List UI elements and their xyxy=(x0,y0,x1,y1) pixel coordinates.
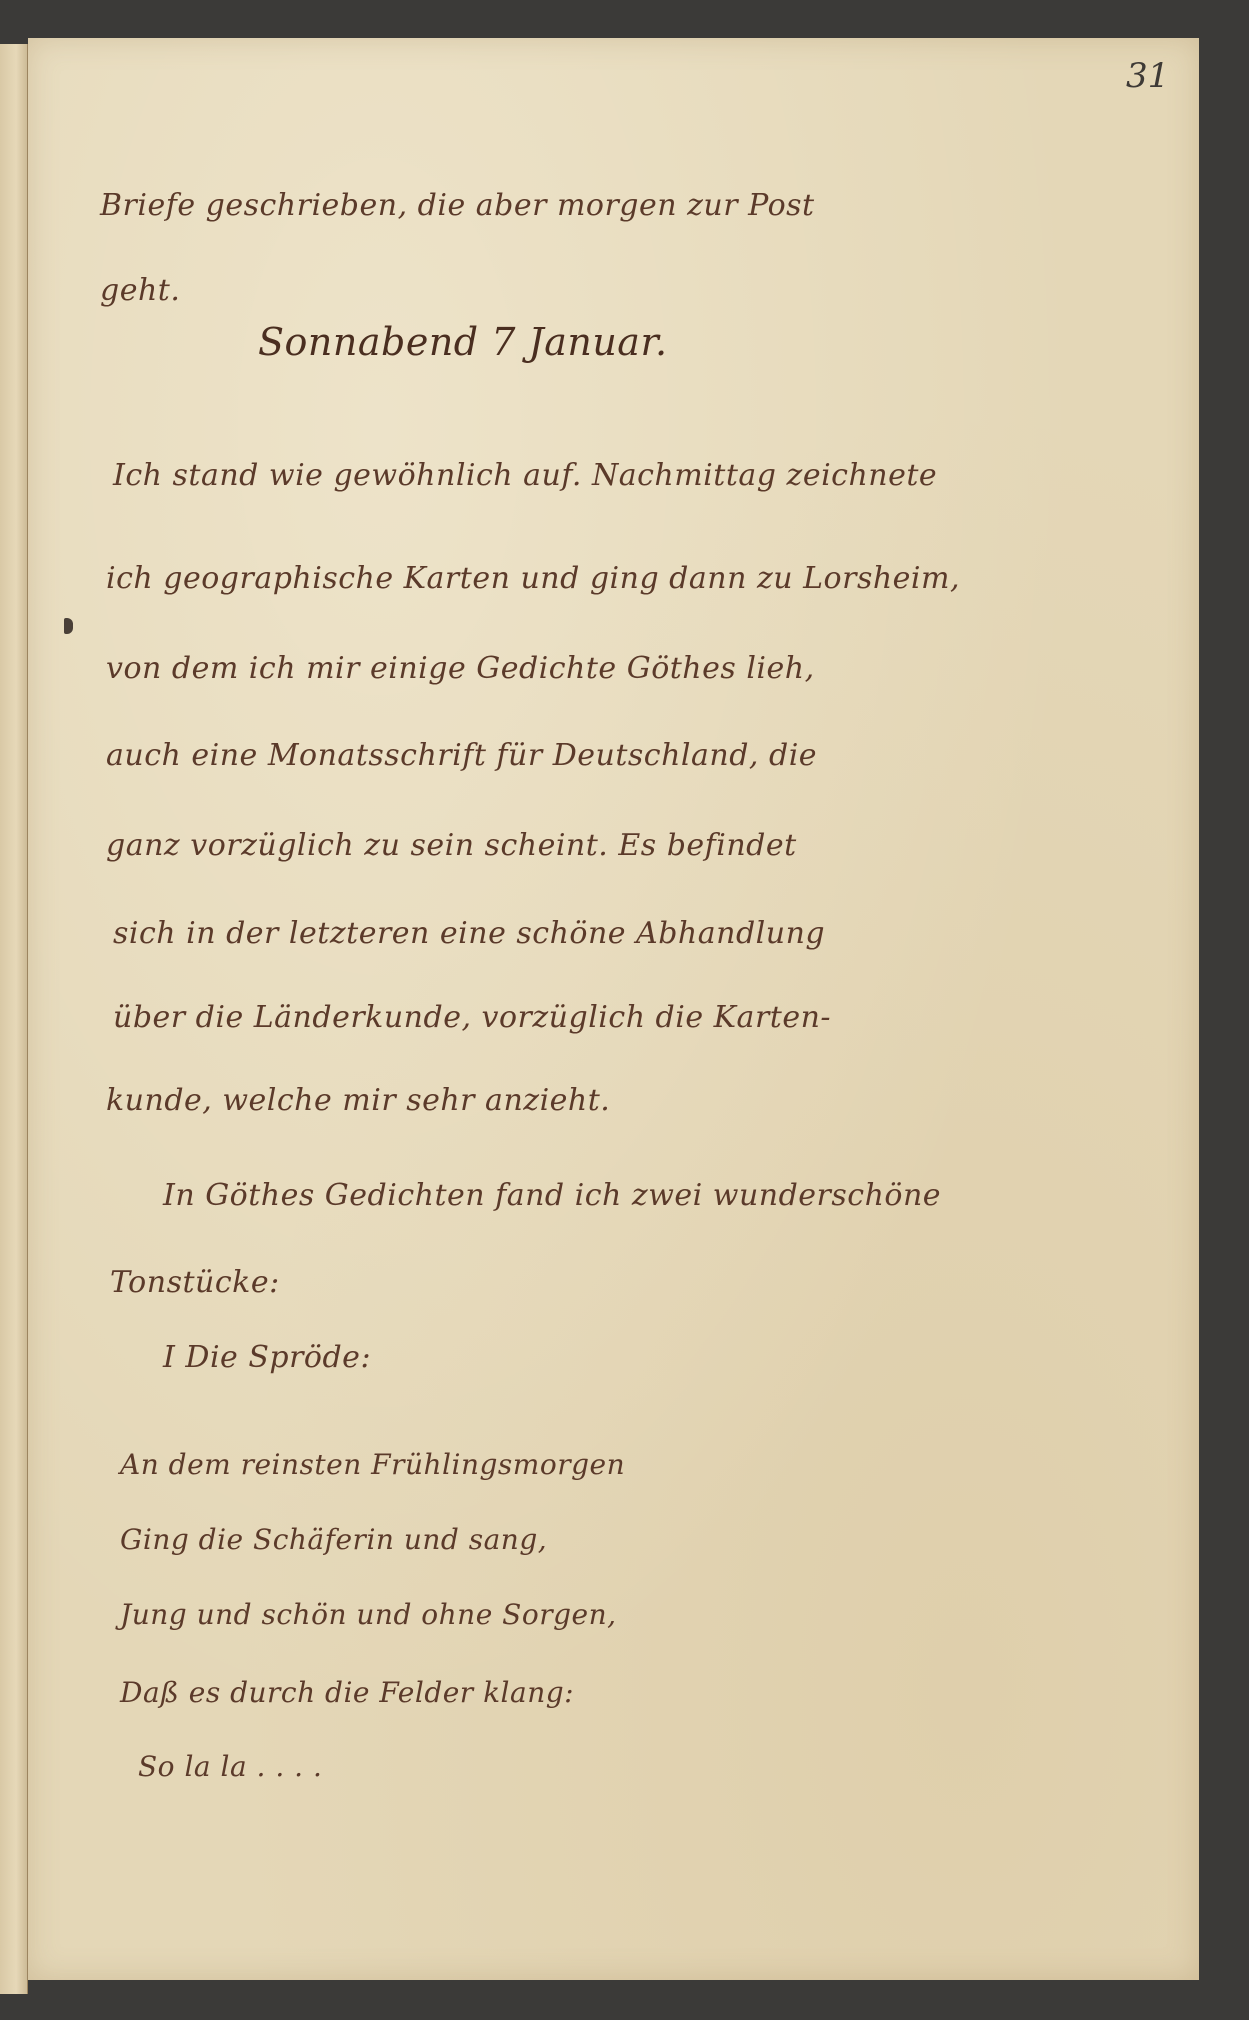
manuscript-page: 31 Briefe geschrieben, die aber morgen z… xyxy=(28,38,1199,1980)
page-number: 31 xyxy=(1126,56,1169,96)
text-line: Ich stand wie gewöhnlich auf. Nachmittag… xyxy=(113,458,937,493)
text-line: von dem ich mir einige Gedichte Göthes l… xyxy=(106,651,815,686)
poem-line: Jung und schön und ohne Sorgen, xyxy=(120,1598,617,1631)
previous-page-edge xyxy=(0,44,28,1994)
text-line: kunde, welche mir sehr anzieht. xyxy=(106,1083,610,1118)
date-heading: Sonnabend 7 Januar. xyxy=(258,320,668,364)
text-line: In Göthes Gedichten fand ich zwei wunder… xyxy=(163,1178,941,1213)
poem-heading: I Die Spröde: xyxy=(163,1340,371,1375)
text-line: ich geographische Karten und ging dann z… xyxy=(106,561,960,596)
text-line: geht. xyxy=(100,273,180,308)
poem-line: Daß es durch die Felder klang: xyxy=(120,1676,574,1709)
page-tear-mark xyxy=(64,618,73,634)
text-line: Briefe geschrieben, die aber morgen zur … xyxy=(100,188,815,223)
text-line: ganz vorzüglich zu sein scheint. Es befi… xyxy=(106,828,797,863)
poem-line: Ging die Schäferin und sang, xyxy=(120,1523,547,1556)
poem-line: So la la . . . . xyxy=(138,1750,322,1783)
poem-line: An dem reinsten Frühlingsmorgen xyxy=(120,1448,625,1481)
text-line: auch eine Monatsschrift für Deutschland,… xyxy=(106,738,817,773)
text-line: Tonstücke: xyxy=(110,1265,280,1300)
text-line: sich in der letzteren eine schöne Abhand… xyxy=(113,916,825,951)
text-line: über die Länderkunde, vorzüglich die Kar… xyxy=(113,1000,831,1035)
